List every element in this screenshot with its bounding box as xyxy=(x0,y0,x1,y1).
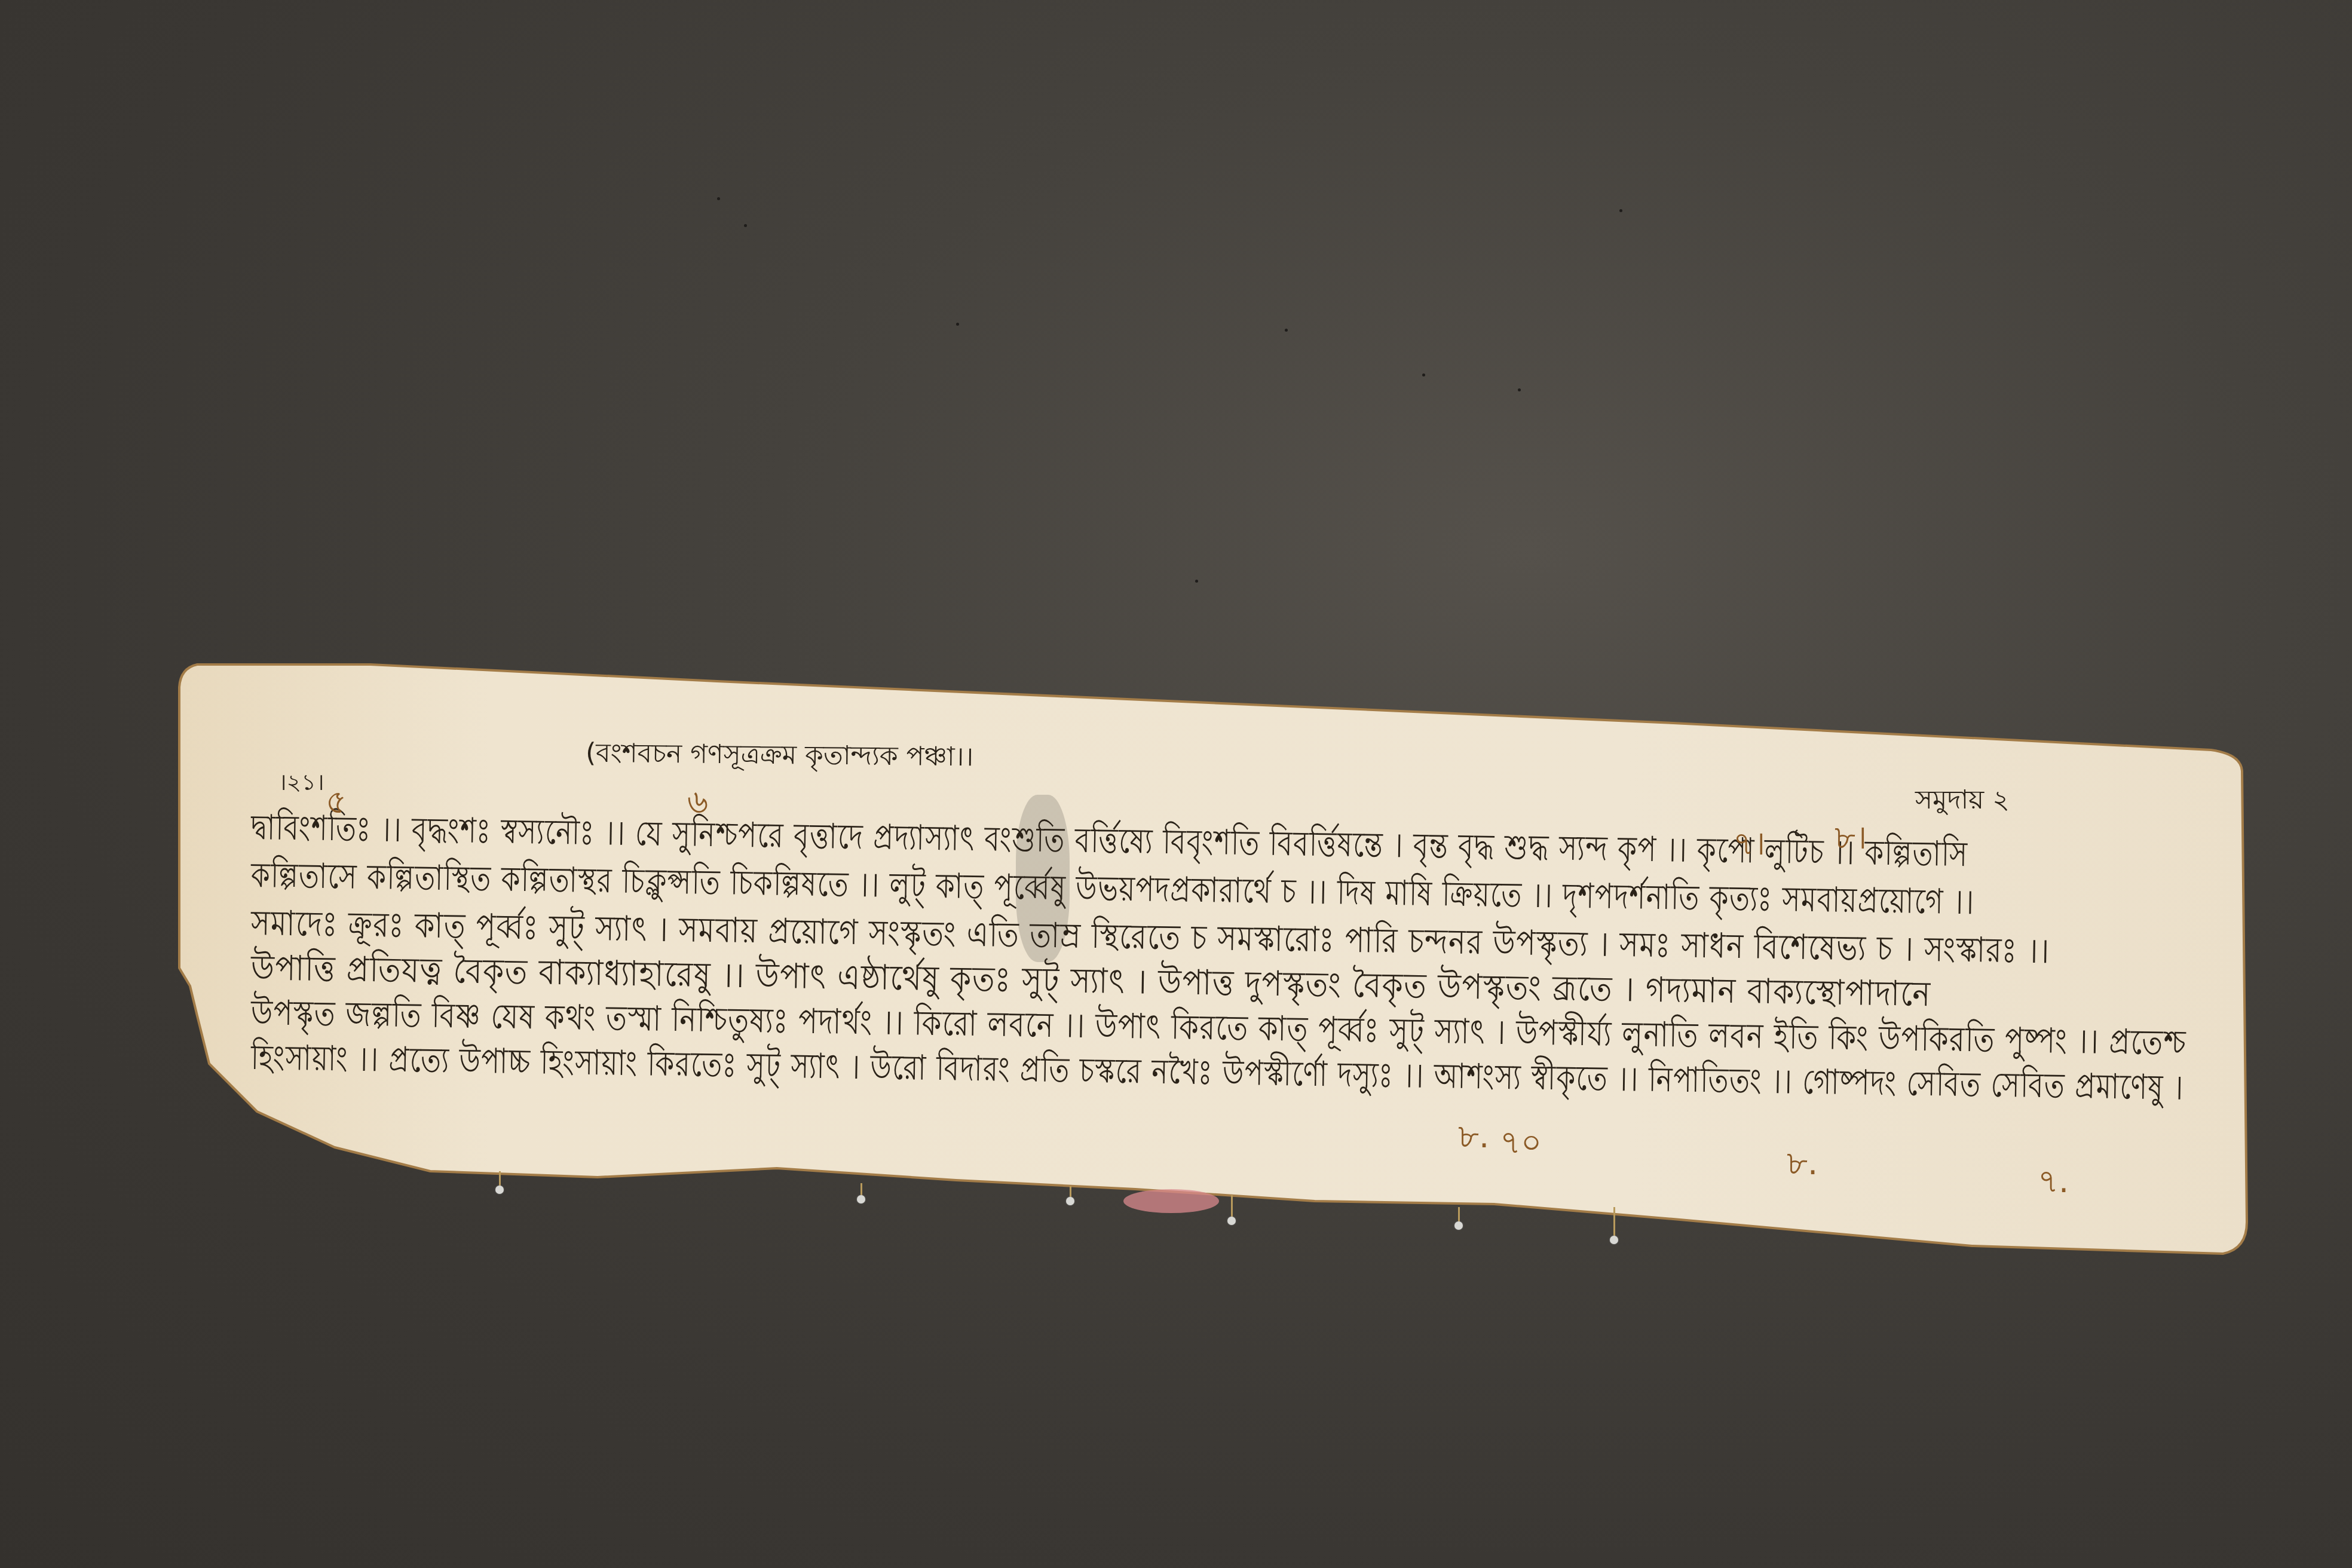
interlinear-mark: ৫ xyxy=(326,777,347,831)
interlinear-mark: ৬ xyxy=(687,777,708,831)
bottom-numeral: ৭০ xyxy=(1500,1117,1542,1171)
bottom-numeral: ৭. xyxy=(2038,1156,2069,1210)
folio-number: ।২১। xyxy=(278,765,324,803)
bottom-numeral: ৮. xyxy=(1458,1111,1489,1165)
right-margin-note: সমুদায় ২ xyxy=(1915,780,2010,823)
interlinear-mark: ৭। xyxy=(1733,819,1765,872)
interlinear-mark: ৮। xyxy=(1835,813,1867,866)
top-margin-note: (বংশবচন গণসূত্রক্রম কৃতান্দ্যক পঞ্চা।। xyxy=(586,733,974,781)
manuscript-text: (বংশবচন গণসূত্রক্রম কৃতান্দ্যক পঞ্চা।। ।… xyxy=(0,0,2352,1568)
bottom-numeral: ৮. xyxy=(1787,1138,1818,1192)
